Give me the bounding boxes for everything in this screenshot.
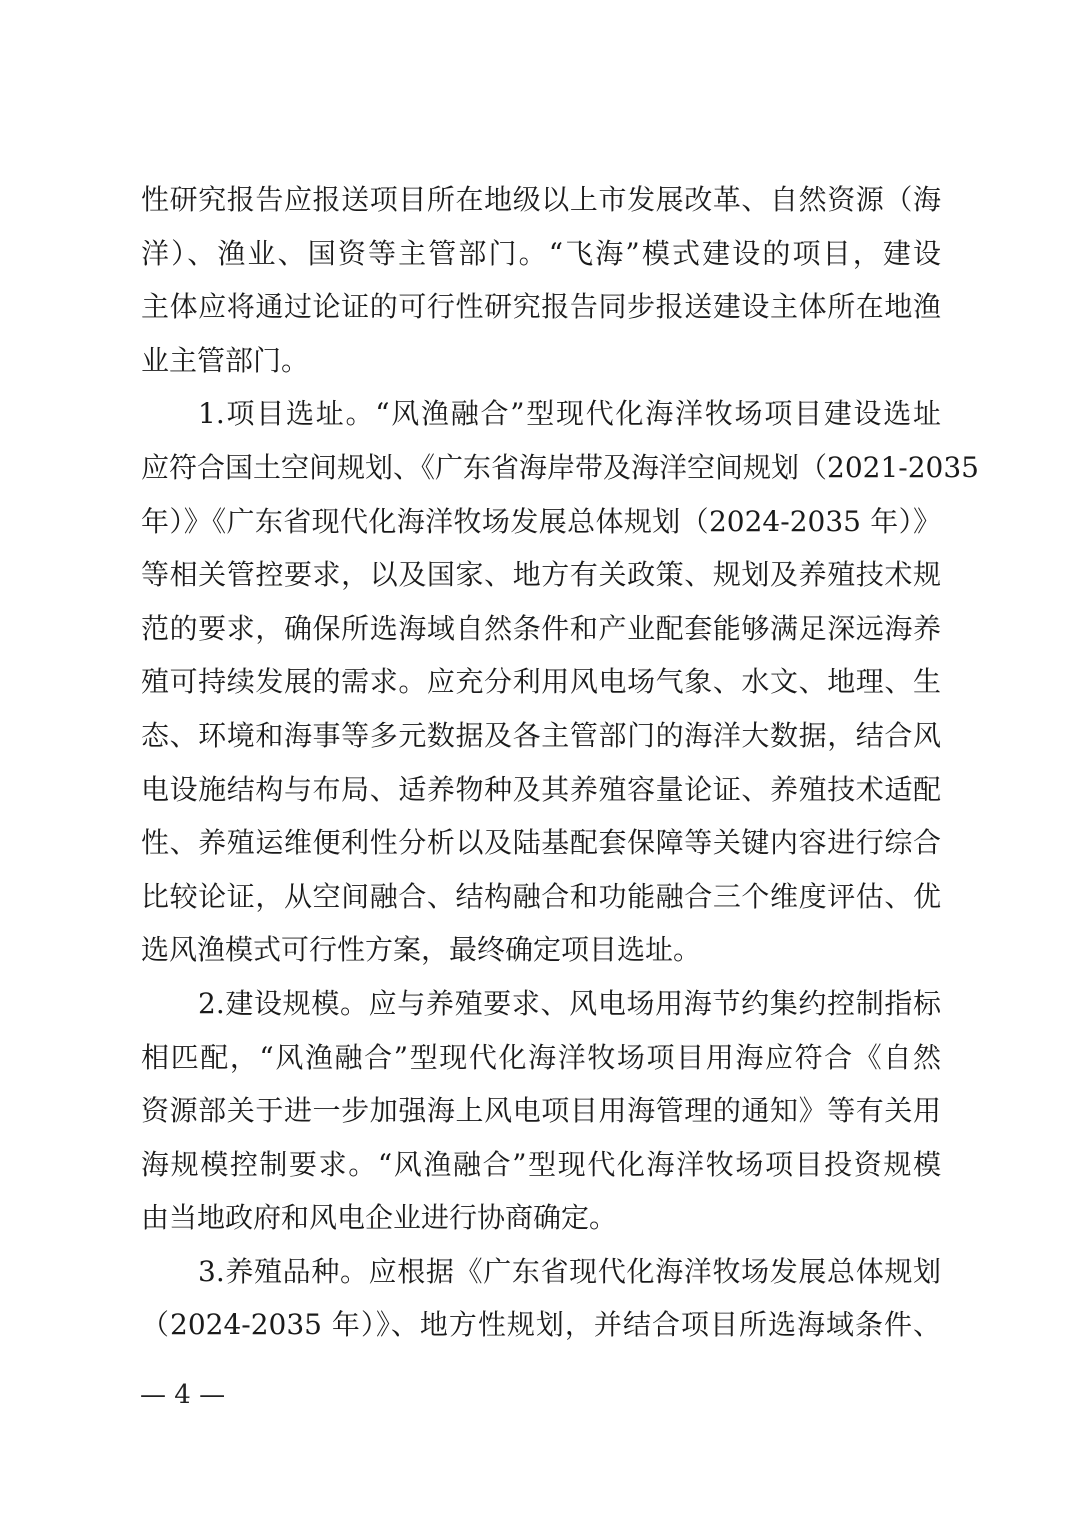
text-line: 相匹配，“风渔融合”型现代化海洋牧场项目用海应符合《自然 (141, 1031, 941, 1085)
text-line: 比较论证，从空间融合、结构融合和功能融合三个维度评估、优 (141, 870, 941, 924)
text-line: 殖可持续发展的需求。应充分利用风电场气象、水文、地理、生 (141, 655, 941, 709)
document-body: 性研究报告应报送项目所在地级以上市发展改革、自然资源（海 洋）、渔业、国资等主管… (141, 173, 941, 1352)
text-line: 应符合国土空间规划、《广东省海岸带及海洋空间规划（2021-2035 (141, 441, 941, 495)
document-page: 性研究报告应报送项目所在地级以上市发展改革、自然资源（海 洋）、渔业、国资等主管… (0, 0, 1080, 1527)
text-line: 性、养殖运维便利性分析以及陆基配套保障等关键内容进行综合 (141, 816, 941, 870)
paragraph-construction-scale: 2.建设规模。应与养殖要求、风电场用海节约集约控制指标 相匹配，“风渔融合”型现… (141, 977, 941, 1245)
text-line: 海规模控制要求。“风渔融合”型现代化海洋牧场项目投资规模 (141, 1138, 941, 1192)
text-line: 态、环境和海事等多元数据及各主管部门的海洋大数据，结合风 (141, 709, 941, 763)
section-heading-line: 3.养殖品种。应根据《广东省现代化海洋牧场发展总体规划 (141, 1245, 941, 1299)
text-line: 性研究报告应报送项目所在地级以上市发展改革、自然资源（海 (141, 173, 941, 227)
text-line: 电设施结构与布局、适养物种及其养殖容量论证、养殖技术适配 (141, 763, 941, 817)
text-line: 主体应将通过论证的可行性研究报告同步报送建设主体所在地渔 (141, 280, 941, 334)
text-line: 等相关管控要求，以及国家、地方有关政策、规划及养殖技术规 (141, 548, 941, 602)
text-line: 年）》《广东省现代化海洋牧场发展总体规划（2024-2035 年）》 (141, 495, 941, 549)
text-line: （2024-2035 年）》、地方性规划，并结合项目所选海域条件、 (141, 1298, 941, 1352)
text-line: 范的要求，确保所选海域自然条件和产业配套能够满足深远海养 (141, 602, 941, 656)
paragraph-breeding-species: 3.养殖品种。应根据《广东省现代化海洋牧场发展总体规划 （2024-2035 年… (141, 1245, 941, 1352)
text-line: 业主管部门。 (141, 334, 941, 388)
section-heading-line: 1.项目选址。“风渔融合”型现代化海洋牧场项目建设选址 (141, 387, 941, 441)
paragraph-continuation: 性研究报告应报送项目所在地级以上市发展改革、自然资源（海 洋）、渔业、国资等主管… (141, 173, 941, 387)
text-line: 由当地政府和风电企业进行协商确定。 (141, 1191, 941, 1245)
paragraph-site-selection: 1.项目选址。“风渔融合”型现代化海洋牧场项目建设选址 应符合国土空间规划、《广… (141, 387, 941, 977)
text-line: 洋）、渔业、国资等主管部门。“飞海”模式建设的项目，建设 (141, 227, 941, 281)
text-line: 资源部关于进一步加强海上风电项目用海管理的通知》等有关用 (141, 1084, 941, 1138)
page-number: — 4 — (140, 1378, 225, 1412)
text-line: 选风渔模式可行性方案，最终确定项目选址。 (141, 923, 941, 977)
section-heading-line: 2.建设规模。应与养殖要求、风电场用海节约集约控制指标 (141, 977, 941, 1031)
